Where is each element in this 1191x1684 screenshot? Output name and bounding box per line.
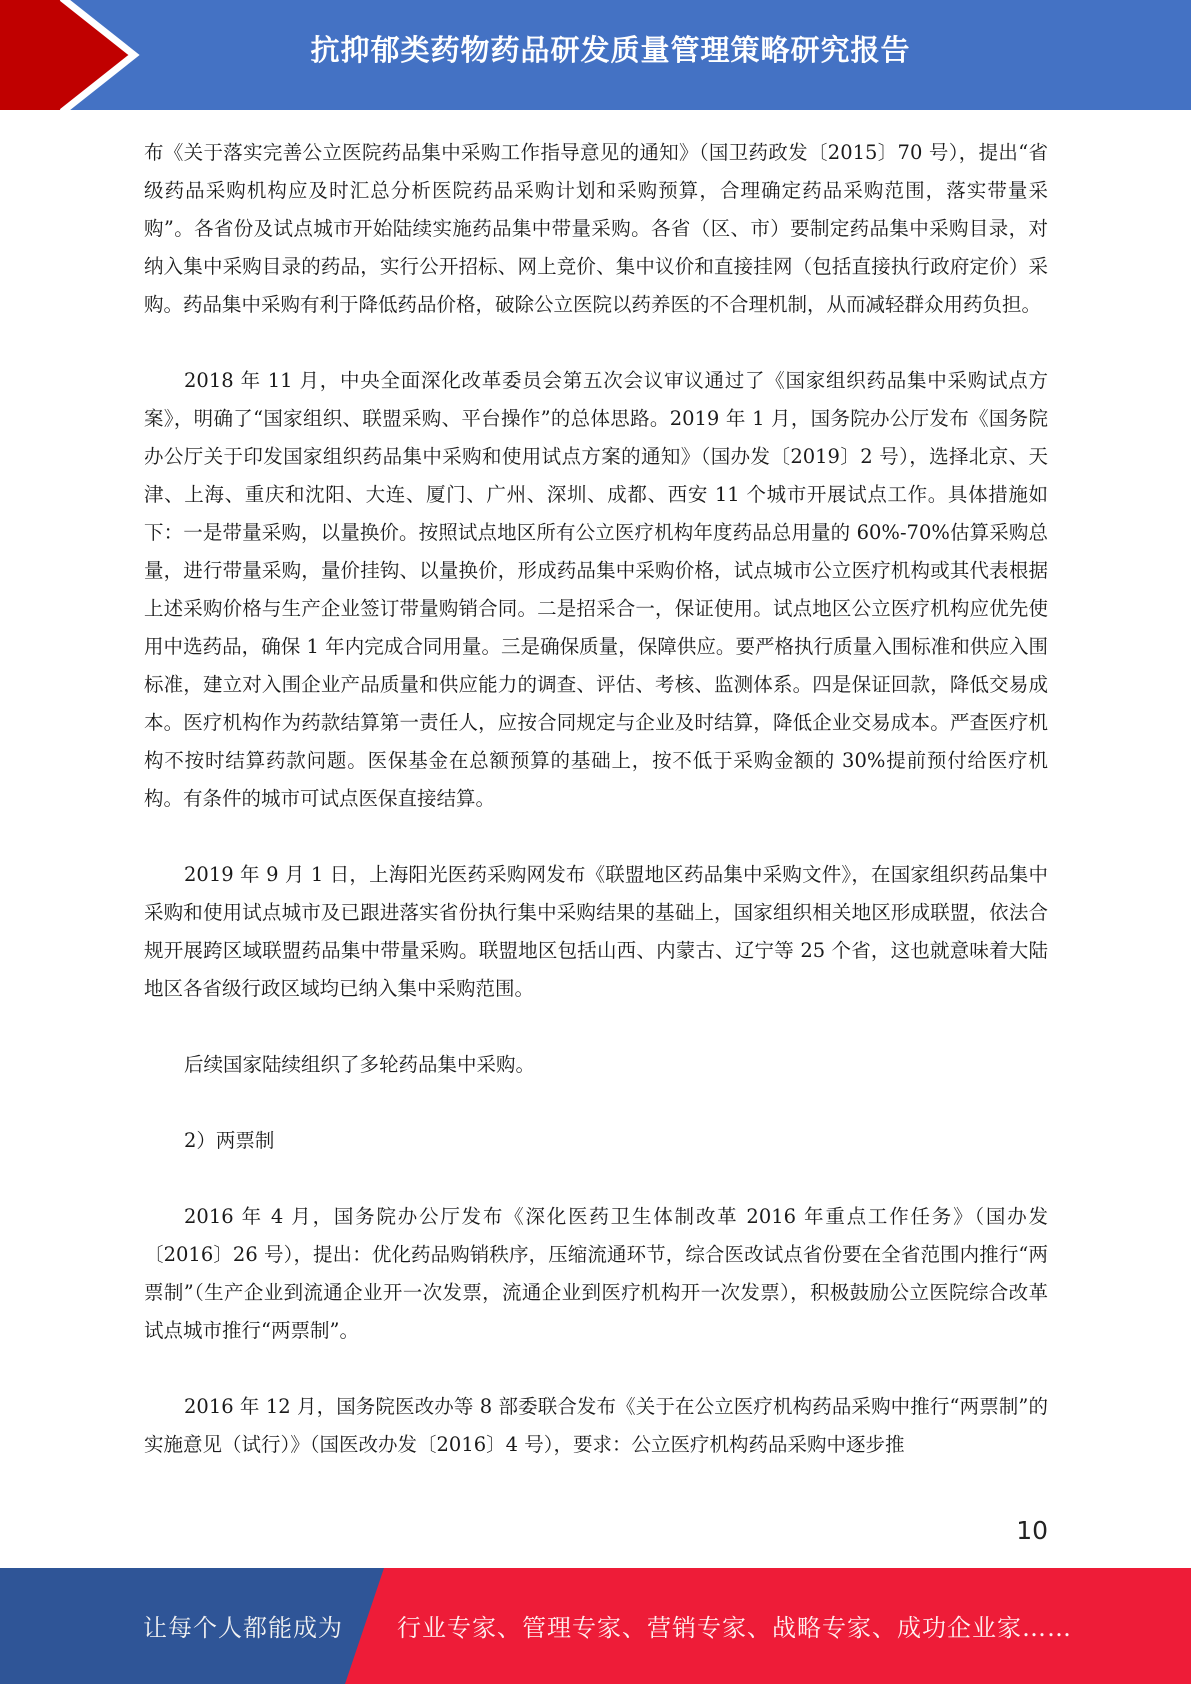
paragraph: 2016 年 12 月，国务院医改办等 8 部委联合发布《关于在公立医疗机构药品… — [144, 1388, 1048, 1464]
document-body: 布《关于落实完善公立医院药品集中采购工作指导意见的通知》（国卫药政发〔2015〕… — [144, 134, 1048, 1502]
footer-slogan-right: 行业专家、管理专家、营销专家、战略专家、成功企业家…… — [397, 1608, 1072, 1643]
paragraph: 2019 年 9 月 1 日，上海阳光医药采购网发布《联盟地区药品集中采购文件》… — [144, 856, 1048, 1008]
paragraph: 2018 年 11 月，中央全面深化改革委员会第五次会议审议通过了《国家组织药品… — [144, 362, 1048, 818]
footer-slogan-left: 让每个人都能成为 — [143, 1608, 343, 1643]
page-number: 10 — [1016, 1516, 1048, 1545]
page-header: 抗抑郁类药物药品研发质量管理策略研究报告 — [0, 0, 1191, 110]
page-footer: 让每个人都能成为 行业专家、管理专家、营销专家、战略专家、成功企业家…… — [0, 1568, 1191, 1684]
paragraph: 布《关于落实完善公立医院药品集中采购工作指导意见的通知》（国卫药政发〔2015〕… — [144, 134, 1048, 324]
paragraph: 后续国家陆续组织了多轮药品集中采购。 — [144, 1046, 1048, 1084]
section-heading: 2）两票制 — [144, 1122, 1048, 1160]
report-title: 抗抑郁类药物药品研发质量管理策略研究报告 — [0, 28, 1191, 69]
paragraph: 2016 年 4 月，国务院办公厅发布《深化医药卫生体制改革 2016 年重点工… — [144, 1198, 1048, 1350]
